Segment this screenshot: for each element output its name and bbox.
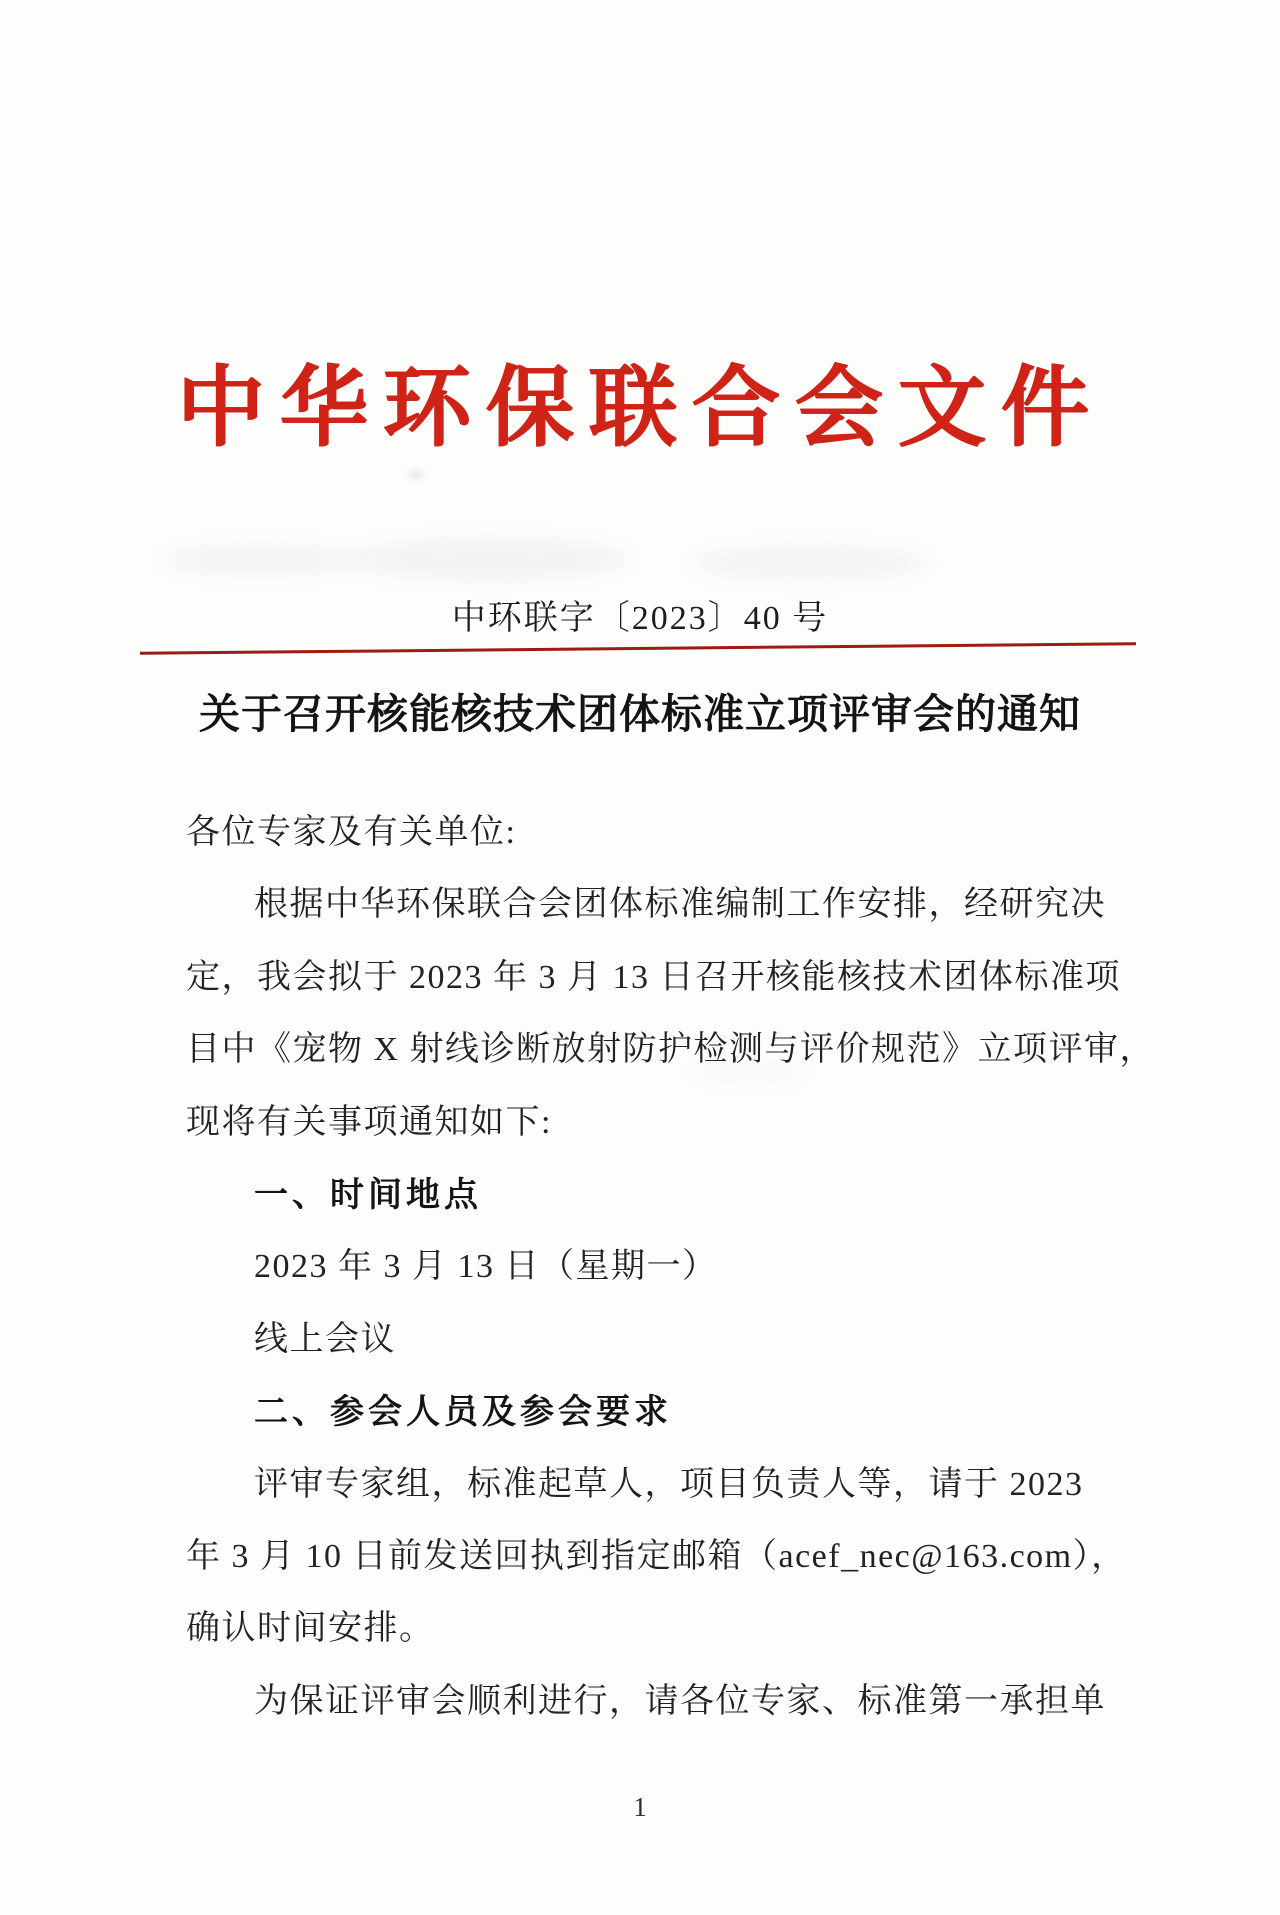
body-line: 目中《宠物 X 射线诊断放射防护检测与评价规范》立项评审， bbox=[186, 1014, 1126, 1086]
page-number: 1 bbox=[0, 1792, 1280, 1823]
section-heading-1: 一、时间地点 bbox=[186, 1159, 1126, 1231]
body-line: 根据中华环保联合会团体标准编制工作安排，经研究决 bbox=[186, 869, 1126, 941]
body-line: 评审专家组，标准起草人，项目负责人等，请于 2023 bbox=[186, 1449, 1126, 1521]
scan-artifact bbox=[160, 545, 360, 575]
body-line-location: 线上会议 bbox=[186, 1304, 1126, 1376]
body-line: 现将有关事项通知如下: bbox=[186, 1087, 1126, 1159]
body-line-salutation: 各位专家及有关单位: bbox=[186, 797, 1126, 869]
body-line: 定，我会拟于 2023 年 3 月 13 日召开核能核技术团体标准项 bbox=[186, 942, 1126, 1014]
red-rule-divider bbox=[140, 642, 1136, 655]
document-body: 各位专家及有关单位: 根据中华环保联合会团体标准编制工作安排，经研究决 定，我会… bbox=[186, 797, 1126, 1738]
scan-artifact bbox=[690, 545, 930, 581]
section-heading-2: 二、参会人员及参会要求 bbox=[186, 1376, 1126, 1448]
body-line-date: 2023 年 3 月 13 日（星期一） bbox=[186, 1231, 1126, 1303]
scan-artifact bbox=[408, 470, 424, 480]
body-line: 为保证评审会顺利进行，请各位专家、标准第一承担单 bbox=[186, 1666, 1126, 1738]
body-line: 确认时间安排。 bbox=[186, 1593, 1126, 1665]
notice-title: 关于召开核能核技术团体标准立项评审会的通知 bbox=[0, 690, 1280, 739]
document-page: 中华环保联合会文件 中环联字〔2023〕40 号 关于召开核能核技术团体标准立项… bbox=[0, 0, 1280, 1915]
org-title: 中华环保联合会文件 bbox=[0, 362, 1280, 459]
doc-number: 中环联字〔2023〕40 号 bbox=[0, 599, 1280, 640]
body-line-email: 年 3 月 10 日前发送回执到指定邮箱（acef_nec@163.com）， bbox=[186, 1521, 1126, 1593]
scan-artifact bbox=[350, 538, 630, 580]
